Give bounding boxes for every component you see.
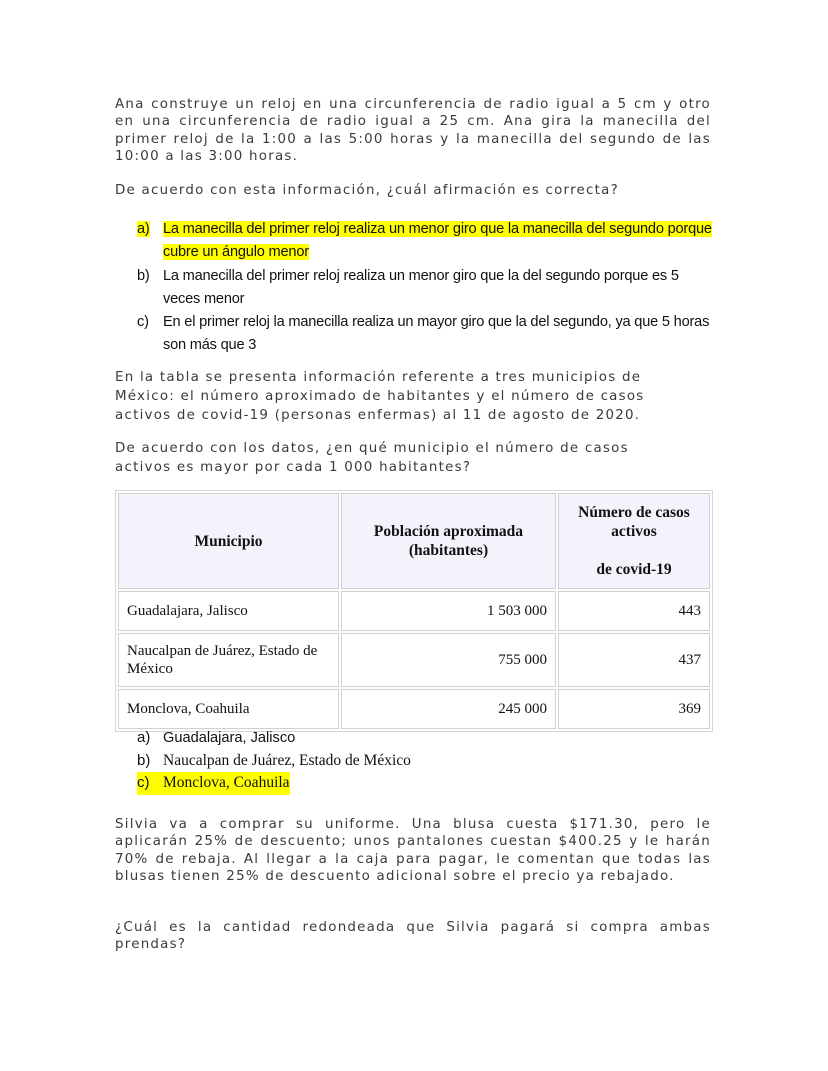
header-poblacion: Población aproximada (habitantes) — [341, 493, 556, 589]
cell-poblacion: 1 503 000 — [341, 591, 556, 631]
problem2-statement: En la tabla se presenta información refe… — [115, 368, 675, 425]
problem2-option-c: c)Monclova, Coahuila — [137, 772, 537, 795]
option-text: En el primer reloj la manecilla realiza … — [163, 311, 717, 358]
option-letter: a) — [137, 727, 163, 750]
cell-municipio: Monclova, Coahuila — [118, 689, 339, 729]
option-text: Guadalajara, Jalisco — [163, 727, 295, 750]
problem3-question: ¿Cuál es la cantidad redondeada que Silv… — [115, 919, 711, 954]
table-header-row: Municipio Población aproximada (habitant… — [118, 493, 710, 589]
header-casos-line1: Número de casos — [578, 504, 690, 521]
header-casos-line3: de covid-19 — [596, 561, 671, 578]
problem1-option-b: b) La manecilla del primer reloj realiza… — [137, 265, 717, 312]
header-poblacion-line2: (habitantes) — [409, 542, 488, 559]
problem1-option-c: c) En el primer reloj la manecilla reali… — [137, 311, 717, 358]
header-casos-line2: activos — [611, 523, 657, 540]
table-row: Monclova, Coahuila 245 000 369 — [118, 689, 710, 729]
option-letter: b) — [137, 265, 163, 312]
option-letter: a) — [137, 221, 150, 237]
problem1-options: a) La manecilla del primer reloj realiza… — [137, 218, 717, 358]
option-letter: c) — [137, 311, 163, 358]
problem1-question: De acuerdo con esta información, ¿cuál a… — [115, 182, 711, 199]
cell-municipio: Naucalpan de Juárez, Estado de México — [118, 633, 339, 687]
problem2-options: a)Guadalajara, Jalisco b)Naucalpan de Ju… — [137, 727, 537, 795]
covid-table-container: Municipio Población aproximada (habitant… — [115, 490, 713, 732]
option-letter: b) — [137, 750, 163, 773]
problem3-statement: Silvia va a comprar su uniforme. Una blu… — [115, 816, 711, 885]
option-letter: c) — [137, 772, 163, 795]
problem1-option-a: a) La manecilla del primer reloj realiza… — [137, 218, 717, 265]
cell-casos: 437 — [558, 633, 710, 687]
cell-casos: 443 — [558, 591, 710, 631]
problem2-option-a: a)Guadalajara, Jalisco — [137, 727, 537, 750]
option-text: Naucalpan de Juárez, Estado de México — [163, 750, 411, 773]
option-text-highlighted: Monclova, Coahuila — [163, 774, 290, 791]
problem2-question: De acuerdo con los datos, ¿en qué munici… — [115, 439, 675, 477]
cell-casos: 369 — [558, 689, 710, 729]
header-poblacion-line1: Población aproximada — [374, 523, 523, 540]
header-municipio: Municipio — [118, 493, 339, 589]
table-row: Guadalajara, Jalisco 1 503 000 443 — [118, 591, 710, 631]
covid-table: Municipio Población aproximada (habitant… — [115, 490, 713, 732]
header-casos: Número de casos activos de covid-19 — [558, 493, 710, 589]
problem1-statement: Ana construye un reloj en una circunfere… — [115, 96, 711, 165]
option-text: La manecilla del primer reloj realiza un… — [163, 265, 717, 312]
cell-municipio: Guadalajara, Jalisco — [118, 591, 339, 631]
problem2-option-b: b)Naucalpan de Juárez, Estado de México — [137, 750, 537, 773]
cell-poblacion: 245 000 — [341, 689, 556, 729]
option-text-highlighted: La manecilla del primer reloj realiza un… — [163, 221, 712, 260]
cell-poblacion: 755 000 — [341, 633, 556, 687]
table-row: Naucalpan de Juárez, Estado de México 75… — [118, 633, 710, 687]
